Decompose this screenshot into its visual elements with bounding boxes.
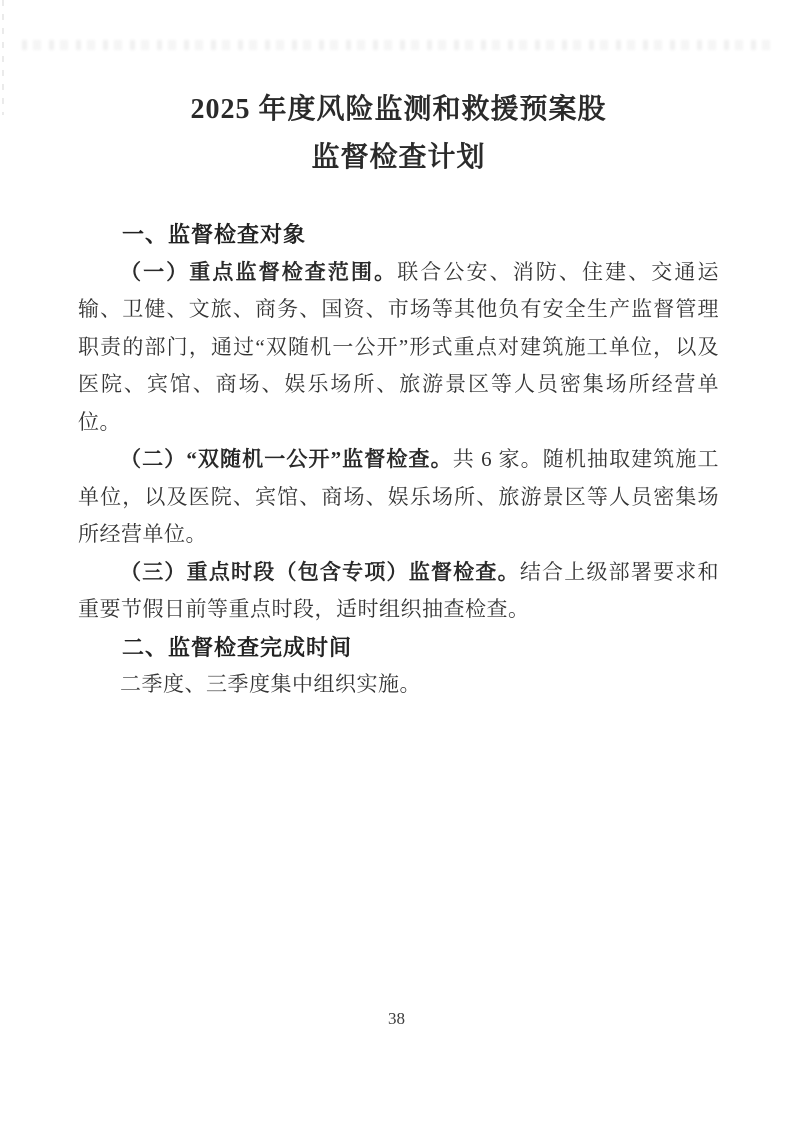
paragraph-1-lead: （一）重点监督检查范围。: [120, 260, 397, 284]
title-line-1: 2025 年度风险监测和救援预案股: [78, 86, 719, 134]
section-1-paragraph-1: （一）重点监督检查范围。联合公安、消防、住建、交通运输、卫健、文旅、商务、国资、…: [78, 254, 719, 442]
section-1-paragraph-2: （二）“双随机一公开”监督检查。共 6 家。随机抽取建筑施工单位，以及医院、宾馆…: [78, 441, 719, 554]
document-title: 2025 年度风险监测和救援预案股 监督检查计划: [78, 86, 719, 182]
page-number: 38: [0, 1006, 793, 1032]
document-page: 2025 年度风险监测和救援预案股 监督检查计划 一、监督检查对象 （一）重点监…: [0, 0, 793, 1121]
scan-bleedthrough-artifact: [22, 40, 777, 50]
paragraph-1-body: 联合公安、消防、住建、交通运输、卫健、文旅、商务、国资、市场等其他负有安全生产监…: [78, 260, 719, 434]
paragraph-2-lead: （二）“双随机一公开”监督检查。: [120, 447, 453, 471]
section-2-paragraph-1: 二季度、三季度集中组织实施。: [78, 666, 719, 704]
title-line-2: 监督检查计划: [78, 134, 719, 182]
section-1-heading: 一、监督检查对象: [78, 216, 719, 254]
document-content: 2025 年度风险监测和救援预案股 监督检查计划 一、监督检查对象 （一）重点监…: [78, 86, 719, 704]
section-1-paragraph-3: （三）重点时段（包含专项）监督检查。结合上级部署要求和重要节假日前等重点时段，适…: [78, 554, 719, 629]
section-2-heading: 二、监督检查完成时间: [78, 629, 719, 667]
scan-edge-artifact: [2, 0, 4, 115]
paragraph-3-lead: （三）重点时段（包含专项）监督检查。: [120, 560, 520, 584]
